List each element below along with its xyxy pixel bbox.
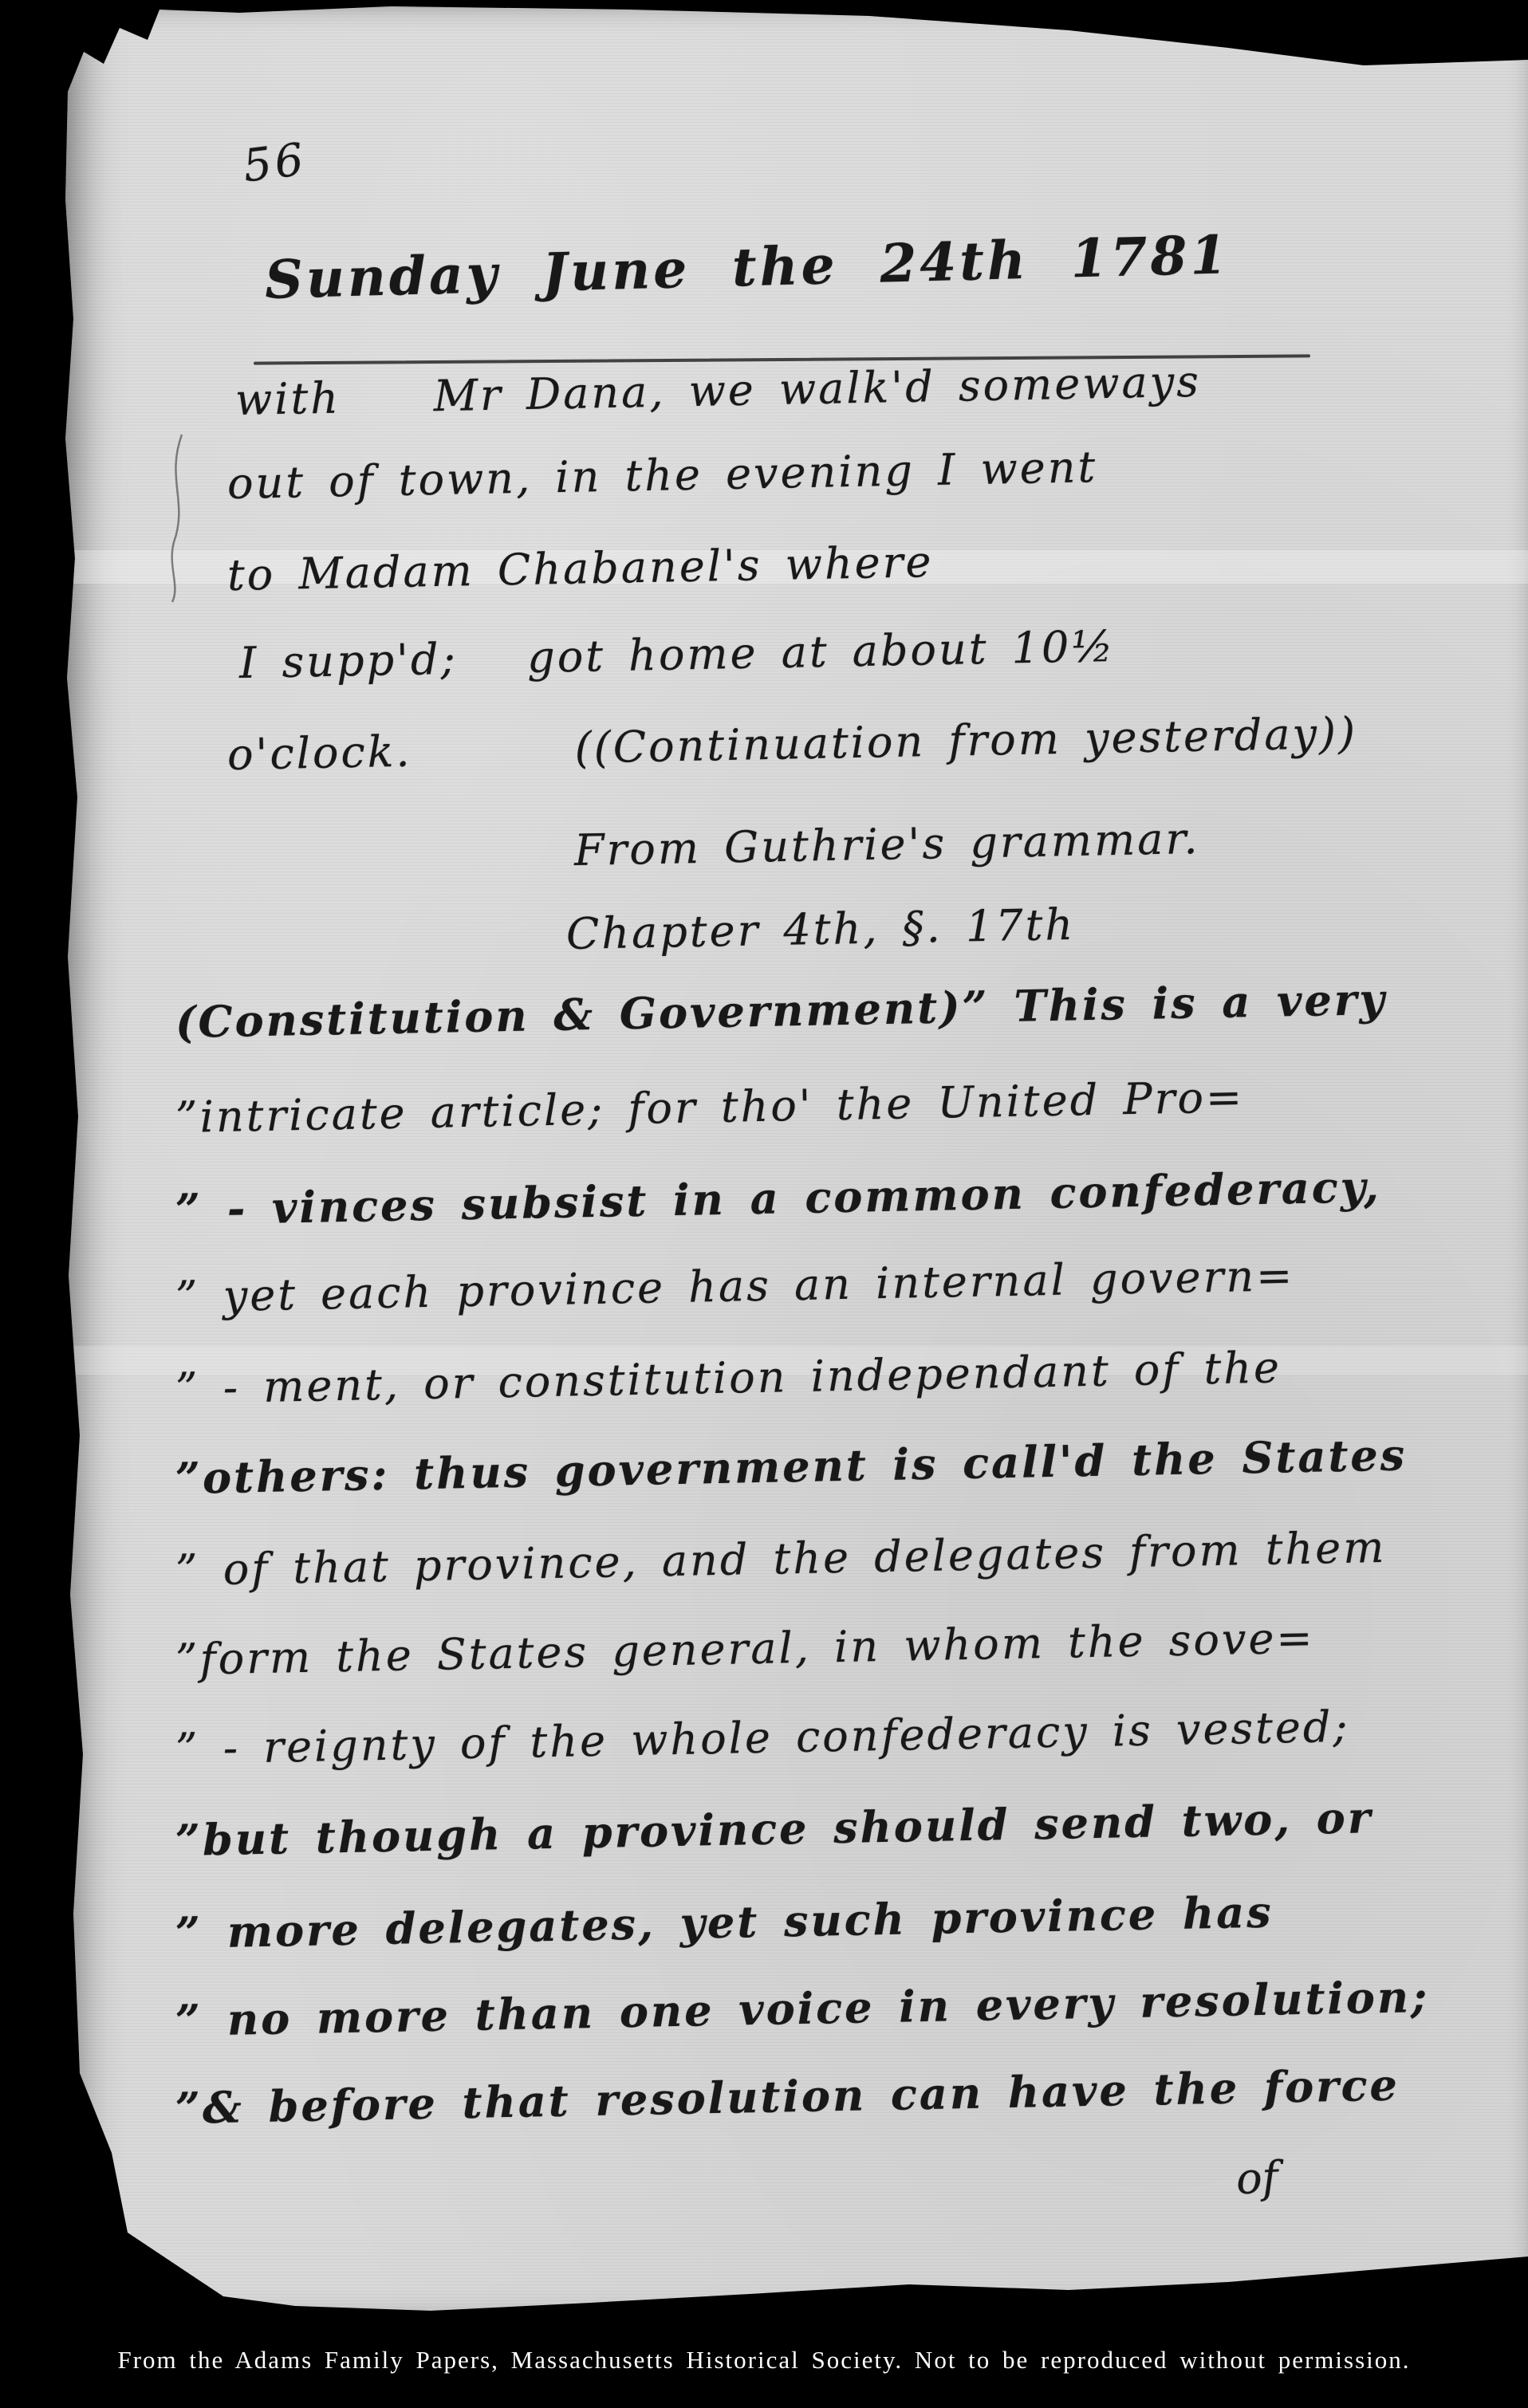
manuscript-line: ”& before that resolution can have the f… <box>175 2060 1400 2134</box>
manuscript-line: with Mr Dana, we walk'd someways <box>234 356 1201 425</box>
manuscript-line: to Madam Chabanel's where <box>226 537 934 600</box>
manuscript-line: I supp'd; got home at about 10½ <box>238 621 1116 688</box>
manuscript-line: ”form the States general, in whom the so… <box>175 1613 1315 1685</box>
manuscript-line: ” more delegates, yet such province has <box>175 1887 1274 1958</box>
scan-background: 56 Sunday June the 24th 1781 with Mr Dan… <box>0 0 1528 2408</box>
manuscript-line: ”intricate article; for tho' the United … <box>175 1072 1244 1143</box>
manuscript-line: o'clock. ((Continuation from yesterday)) <box>226 708 1357 780</box>
footer-caption: From the Adams Family Papers, Massachuse… <box>0 2346 1528 2375</box>
catchword: of <box>1235 2152 1279 2205</box>
stray-pen-mark <box>150 431 206 606</box>
manuscript-page: 56 Sunday June the 24th 1781 with Mr Dan… <box>56 0 1528 2320</box>
manuscript-line: ”but though a province should send two, … <box>175 1792 1372 1866</box>
page-number: 56 <box>240 133 309 192</box>
manuscript-line: ” of that province, and the delegates fr… <box>175 1522 1387 1595</box>
manuscript-line: ” yet each province has an internal gove… <box>175 1250 1294 1322</box>
manuscript-line: ”others: thus government is call'd the S… <box>175 1429 1407 1504</box>
manuscript-line: ” - reignty of the whole confederacy is … <box>175 1702 1350 1774</box>
manuscript-line: (Constitution & Government)” This is a v… <box>175 974 1387 1048</box>
date-heading: Sunday June the 24th 1781 <box>264 223 1231 311</box>
manuscript-line: ” - vinces subsist in a common confedera… <box>175 1161 1381 1235</box>
manuscript-line: From Guthrie's grammar. <box>573 813 1200 875</box>
manuscript-line: Chapter 4th, §. 17th <box>565 899 1075 959</box>
manuscript-line: out of town, in the evening I went <box>226 442 1097 509</box>
manuscript-line: ” no more than one voice in every resolu… <box>175 1971 1429 2046</box>
